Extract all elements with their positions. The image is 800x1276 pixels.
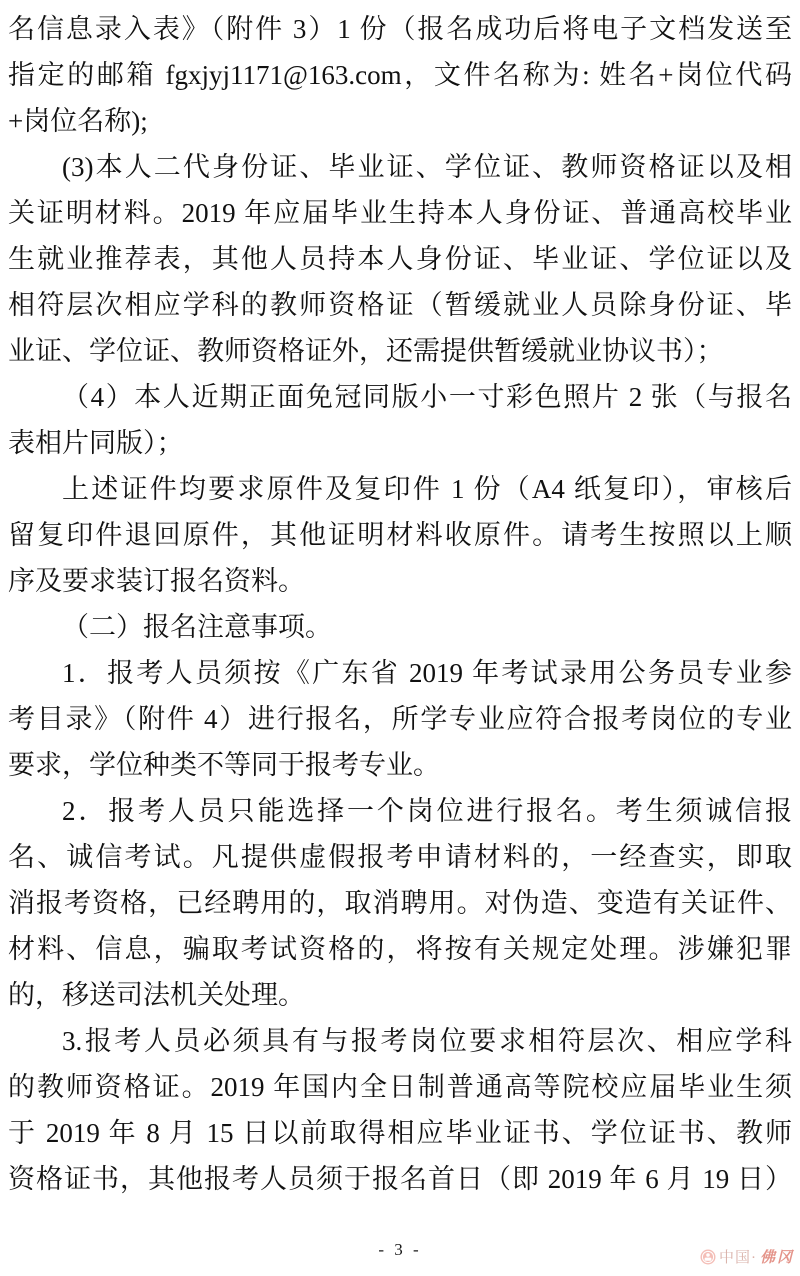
document-line: 指定的邮箱 fgxjyj1171@163.com，文件名称为: 姓名+岗位代码 [8, 52, 792, 98]
document-line: 考目录》（附件 4）进行报名，所学专业应符合报考岗位的专业 [8, 696, 792, 742]
document-line: 3.报考人员必须具有与报考岗位要求相符层次、相应学科 [8, 1018, 792, 1064]
document-line: 序及要求装订报名资料。 [8, 558, 792, 604]
document-line: 上述证件均要求原件及复印件 1 份（A4 纸复印），审核后 [8, 466, 792, 512]
document-line: （4）本人近期正面免冠同版小一寸彩色照片 2 张（与报名 [8, 374, 792, 420]
document-body: 名信息录入表》（附件 3）1 份（报名成功后将电子文档发送至 指定的邮箱 fgx… [8, 6, 792, 1202]
document-line: 材料、信息，骗取考试资格的，将按有关规定处理。涉嫌犯罪 [8, 926, 792, 972]
document-line: 表相片同版）； [8, 420, 792, 466]
document-line: 2．报考人员只能选择一个岗位进行报名。考生须诚信报 [8, 788, 792, 834]
document-line: 生就业推荐表，其他人员持本人身份证、毕业证、学位证以及 [8, 236, 792, 282]
document-line: 消报考资格，已经聘用的，取消聘用。对伪造、变造有关证件、 [8, 880, 792, 926]
document-line: +岗位名称); [8, 98, 792, 144]
section-heading: （二）报名注意事项。 [8, 604, 792, 650]
watermark-text-suffix: 佛冈 [760, 1246, 794, 1267]
document-line: 的教师资格证。2019 年国内全日制普通高等院校应届毕业生须 [8, 1064, 792, 1110]
document-line: 相符层次相应学科的教师资格证（暂缓就业人员除身份证、毕 [8, 282, 792, 328]
document-line: 要求，学位种类不等同于报考专业。 [8, 742, 792, 788]
document-line: 的，移送司法机关处理。 [8, 972, 792, 1018]
site-watermark: 中国· 佛冈 [700, 1246, 794, 1267]
document-line: 于 2019 年 8 月 15 日以前取得相应毕业证书、学位证书、教师 [8, 1110, 792, 1156]
document-line: 关证明材料。2019 年应届毕业生持本人身份证、普通高校毕业 [8, 190, 792, 236]
document-line: 名、诚信考试。凡提供虚假报考申请材料的，一经查实，即取 [8, 834, 792, 880]
document-line: 1．报考人员须按《广东省 2019 年考试录用公务员专业参 [8, 650, 792, 696]
document-line: 留复印件退回原件，其他证明材料收原件。请考生按照以上顺 [8, 512, 792, 558]
document-line: (3)本人二代身份证、毕业证、学位证、教师资格证以及相 [8, 144, 792, 190]
document-page: 名信息录入表》（附件 3）1 份（报名成功后将电子文档发送至 指定的邮箱 fgx… [0, 0, 800, 1276]
document-line: 业证、学位证、教师资格证外，还需提供暂缓就业协议书）； [8, 328, 792, 374]
document-line: 名信息录入表》（附件 3）1 份（报名成功后将电子文档发送至 [8, 6, 792, 52]
watermark-emblem-icon [700, 1249, 716, 1265]
page-number: - 3 - [0, 1240, 800, 1260]
watermark-text-prefix: 中国· [719, 1246, 757, 1267]
document-line: 资格证书，其他报考人员须于报名首日（即 2019 年 6 月 19 日） [8, 1156, 792, 1202]
